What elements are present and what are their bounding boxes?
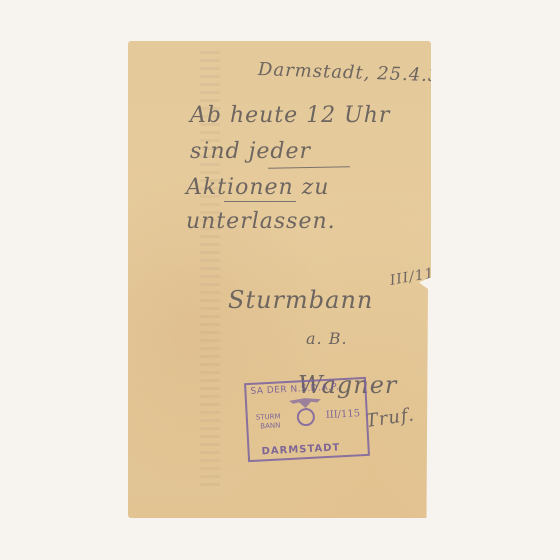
body-line-1: Ab heute 12 Uhr xyxy=(190,103,390,128)
underline xyxy=(268,166,350,168)
signature-title: Sturmbann xyxy=(228,286,373,314)
body-line-3: Aktionen zu xyxy=(186,175,329,200)
stamp-left-line-2: BANN xyxy=(260,421,280,430)
document-paper: Darmstadt, 25.4.33 Ab heute 12 Uhr sind … xyxy=(128,41,431,518)
stamp-bottom-text: DARMSTADT xyxy=(261,442,340,457)
signature-unit: III/115 xyxy=(389,264,446,289)
stamp-top-text: SA DER N.S.D.A.P. xyxy=(250,382,339,397)
signature-abbrev: a. B. xyxy=(306,329,348,348)
body-line-4: unterlassen. xyxy=(186,209,336,234)
stamp-left-line-1: STURM xyxy=(256,412,281,421)
body-line-2: sind jeder xyxy=(190,139,311,164)
signature-suffix: Truf. xyxy=(365,404,416,432)
stamp-unit-number: III/115 xyxy=(326,408,361,421)
place-date: Darmstadt, 25.4.33 xyxy=(258,59,454,87)
wreath-emblem-icon xyxy=(296,408,315,427)
underline xyxy=(224,201,296,202)
ink-stamp: SA DER N.S.D.A.P. STURM BANN III/115 DAR… xyxy=(244,377,370,462)
eagle-icon xyxy=(287,395,324,409)
